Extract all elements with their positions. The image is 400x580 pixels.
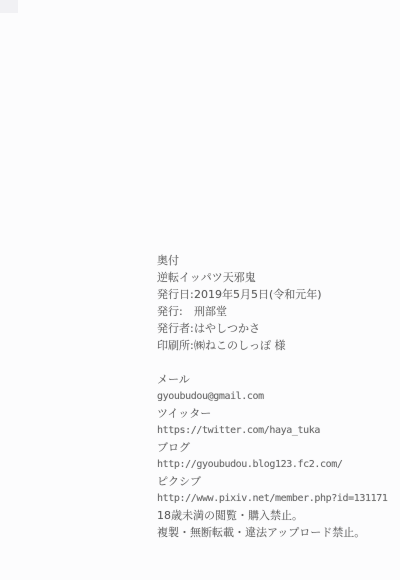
publisher-label: 発行: — [157, 303, 194, 320]
author-label: 発行者: — [157, 320, 194, 337]
author-row: 発行者:はやしつかさ — [157, 320, 387, 337]
book-title: 逆転イッパツ天邪鬼 — [157, 269, 387, 286]
colophon-heading: 奥付 — [157, 252, 387, 269]
email-address: gyoubudou@gmail.com — [157, 388, 387, 405]
publisher-value: 刑部堂 — [194, 305, 227, 318]
author-value: はやしつかさ — [194, 322, 260, 335]
section-gap — [157, 354, 387, 371]
twitter-label: ツイッター — [157, 405, 387, 422]
printer-row: 印刷所:㈱ねこのしっぽ 様 — [157, 337, 387, 354]
printer-value: ㈱ねこのしっぽ 様 — [194, 339, 286, 352]
scan-artifact — [0, 0, 18, 13]
blog-url: http://gyoubudou.blog123.fc2.com/ — [157, 456, 387, 473]
colophon-page: 奥付 逆転イッパツ天邪鬼 発行日:2019年5月5日(令和元年) 発行:刑部堂 … — [0, 0, 400, 580]
copyright-notice: 複製・無断転載・違法アップロード禁止。 — [157, 524, 387, 541]
publisher-row: 発行:刑部堂 — [157, 303, 387, 320]
printer-label: 印刷所: — [157, 337, 194, 354]
twitter-url: https://twitter.com/haya_tuka — [157, 422, 387, 439]
age-restriction-notice: 18歳未満の閲覧・購入禁止。 — [157, 507, 387, 524]
blog-label: ブログ — [157, 439, 387, 456]
email-label: メール — [157, 371, 387, 388]
pixiv-label: ピクシブ — [157, 473, 387, 490]
publication-date-value: 2019年5月5日(令和元年) — [194, 288, 322, 301]
publication-date-label: 発行日: — [157, 286, 194, 303]
publication-date-row: 発行日:2019年5月5日(令和元年) — [157, 286, 387, 303]
pixiv-url: http://www.pixiv.net/member.php?id=13117… — [157, 490, 387, 507]
colophon-block: 奥付 逆転イッパツ天邪鬼 発行日:2019年5月5日(令和元年) 発行:刑部堂 … — [157, 252, 387, 541]
